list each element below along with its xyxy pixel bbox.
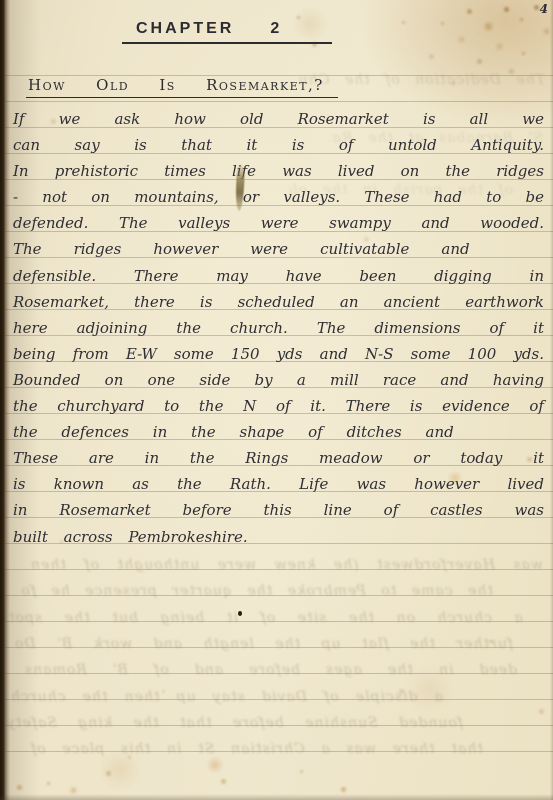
handwritten-line: defensible. There may have been digging …	[13, 267, 544, 293]
bleedthrough-line: founded Sunshine before that the king Sa…	[6, 715, 463, 731]
bleedthrough-line: further the flat up the length and work …	[14, 636, 513, 652]
handwritten-line: - not on mountains, or valleys. These ha…	[13, 188, 544, 214]
bleedthrough-line: that there was a Christian St in this pl…	[30, 741, 483, 757]
handwritten-line: The ridges however were cultivatable and	[13, 240, 470, 266]
chapter-heading: CHAPTER 2	[122, 20, 332, 44]
bleedthrough-line: a church on the site of it being but the…	[8, 610, 523, 626]
foxing-haze	[363, 0, 553, 125]
handwritten-line: here adjoining the church. The dimension…	[13, 319, 544, 345]
handwritten-line: can say is that it is of untold Antiquit…	[13, 136, 544, 162]
bleedthrough-line: deed in the ages before and of B' Romans	[24, 662, 517, 678]
chapter-number: 2	[270, 20, 282, 38]
bleedthrough-line: a disciple of David stay up then the chu…	[10, 689, 443, 705]
handwritten-line: is known as the Rath. Life was however l…	[13, 475, 544, 501]
bleedthrough-line: was Haverfordwest (he knew were unthough…	[30, 557, 543, 573]
handwritten-line: in Rosemarket before this line of castle…	[13, 501, 544, 527]
handwritten-line: In prehistoric times life was lived on t…	[13, 162, 544, 188]
chapter-label: CHAPTER	[136, 20, 234, 38]
ink-dot	[238, 611, 242, 616]
handwritten-line: built across Pembrokeshire.	[13, 528, 544, 554]
handwritten-line: These are in the Rings meadow or today i…	[13, 449, 544, 475]
handwritten-line: If we ask how old Rosemarket is all we	[13, 110, 544, 136]
handwritten-line: Bounded on one side by a mill race and h…	[13, 371, 544, 397]
section-heading: How Old Is Rosemarket,?	[26, 76, 338, 98]
handwritten-body: If we ask how old Rosemarket is all we c…	[13, 110, 544, 554]
handwritten-line: the defences in the shape of ditches and	[13, 423, 454, 449]
binding-edge	[0, 0, 10, 800]
bleedthrough-line: the came to Pembroke the quarter presenc…	[20, 583, 493, 599]
scanned-notebook-page: The Dedication of the Church S' Barnabas…	[0, 0, 553, 800]
handwritten-line: the churchyard to the N of it. There is …	[13, 397, 544, 423]
handwritten-line: defended. The valleys were swampy and wo…	[13, 214, 544, 240]
handwritten-line: Rosemarket, there is scheduled an ancien…	[13, 293, 544, 319]
page-bottom-edge	[0, 794, 553, 800]
handwritten-line: being from E-W some 150 yds and N-S some…	[13, 345, 544, 371]
foxing-spots	[0, 0, 3, 3]
page-number: 4	[540, 2, 548, 16]
